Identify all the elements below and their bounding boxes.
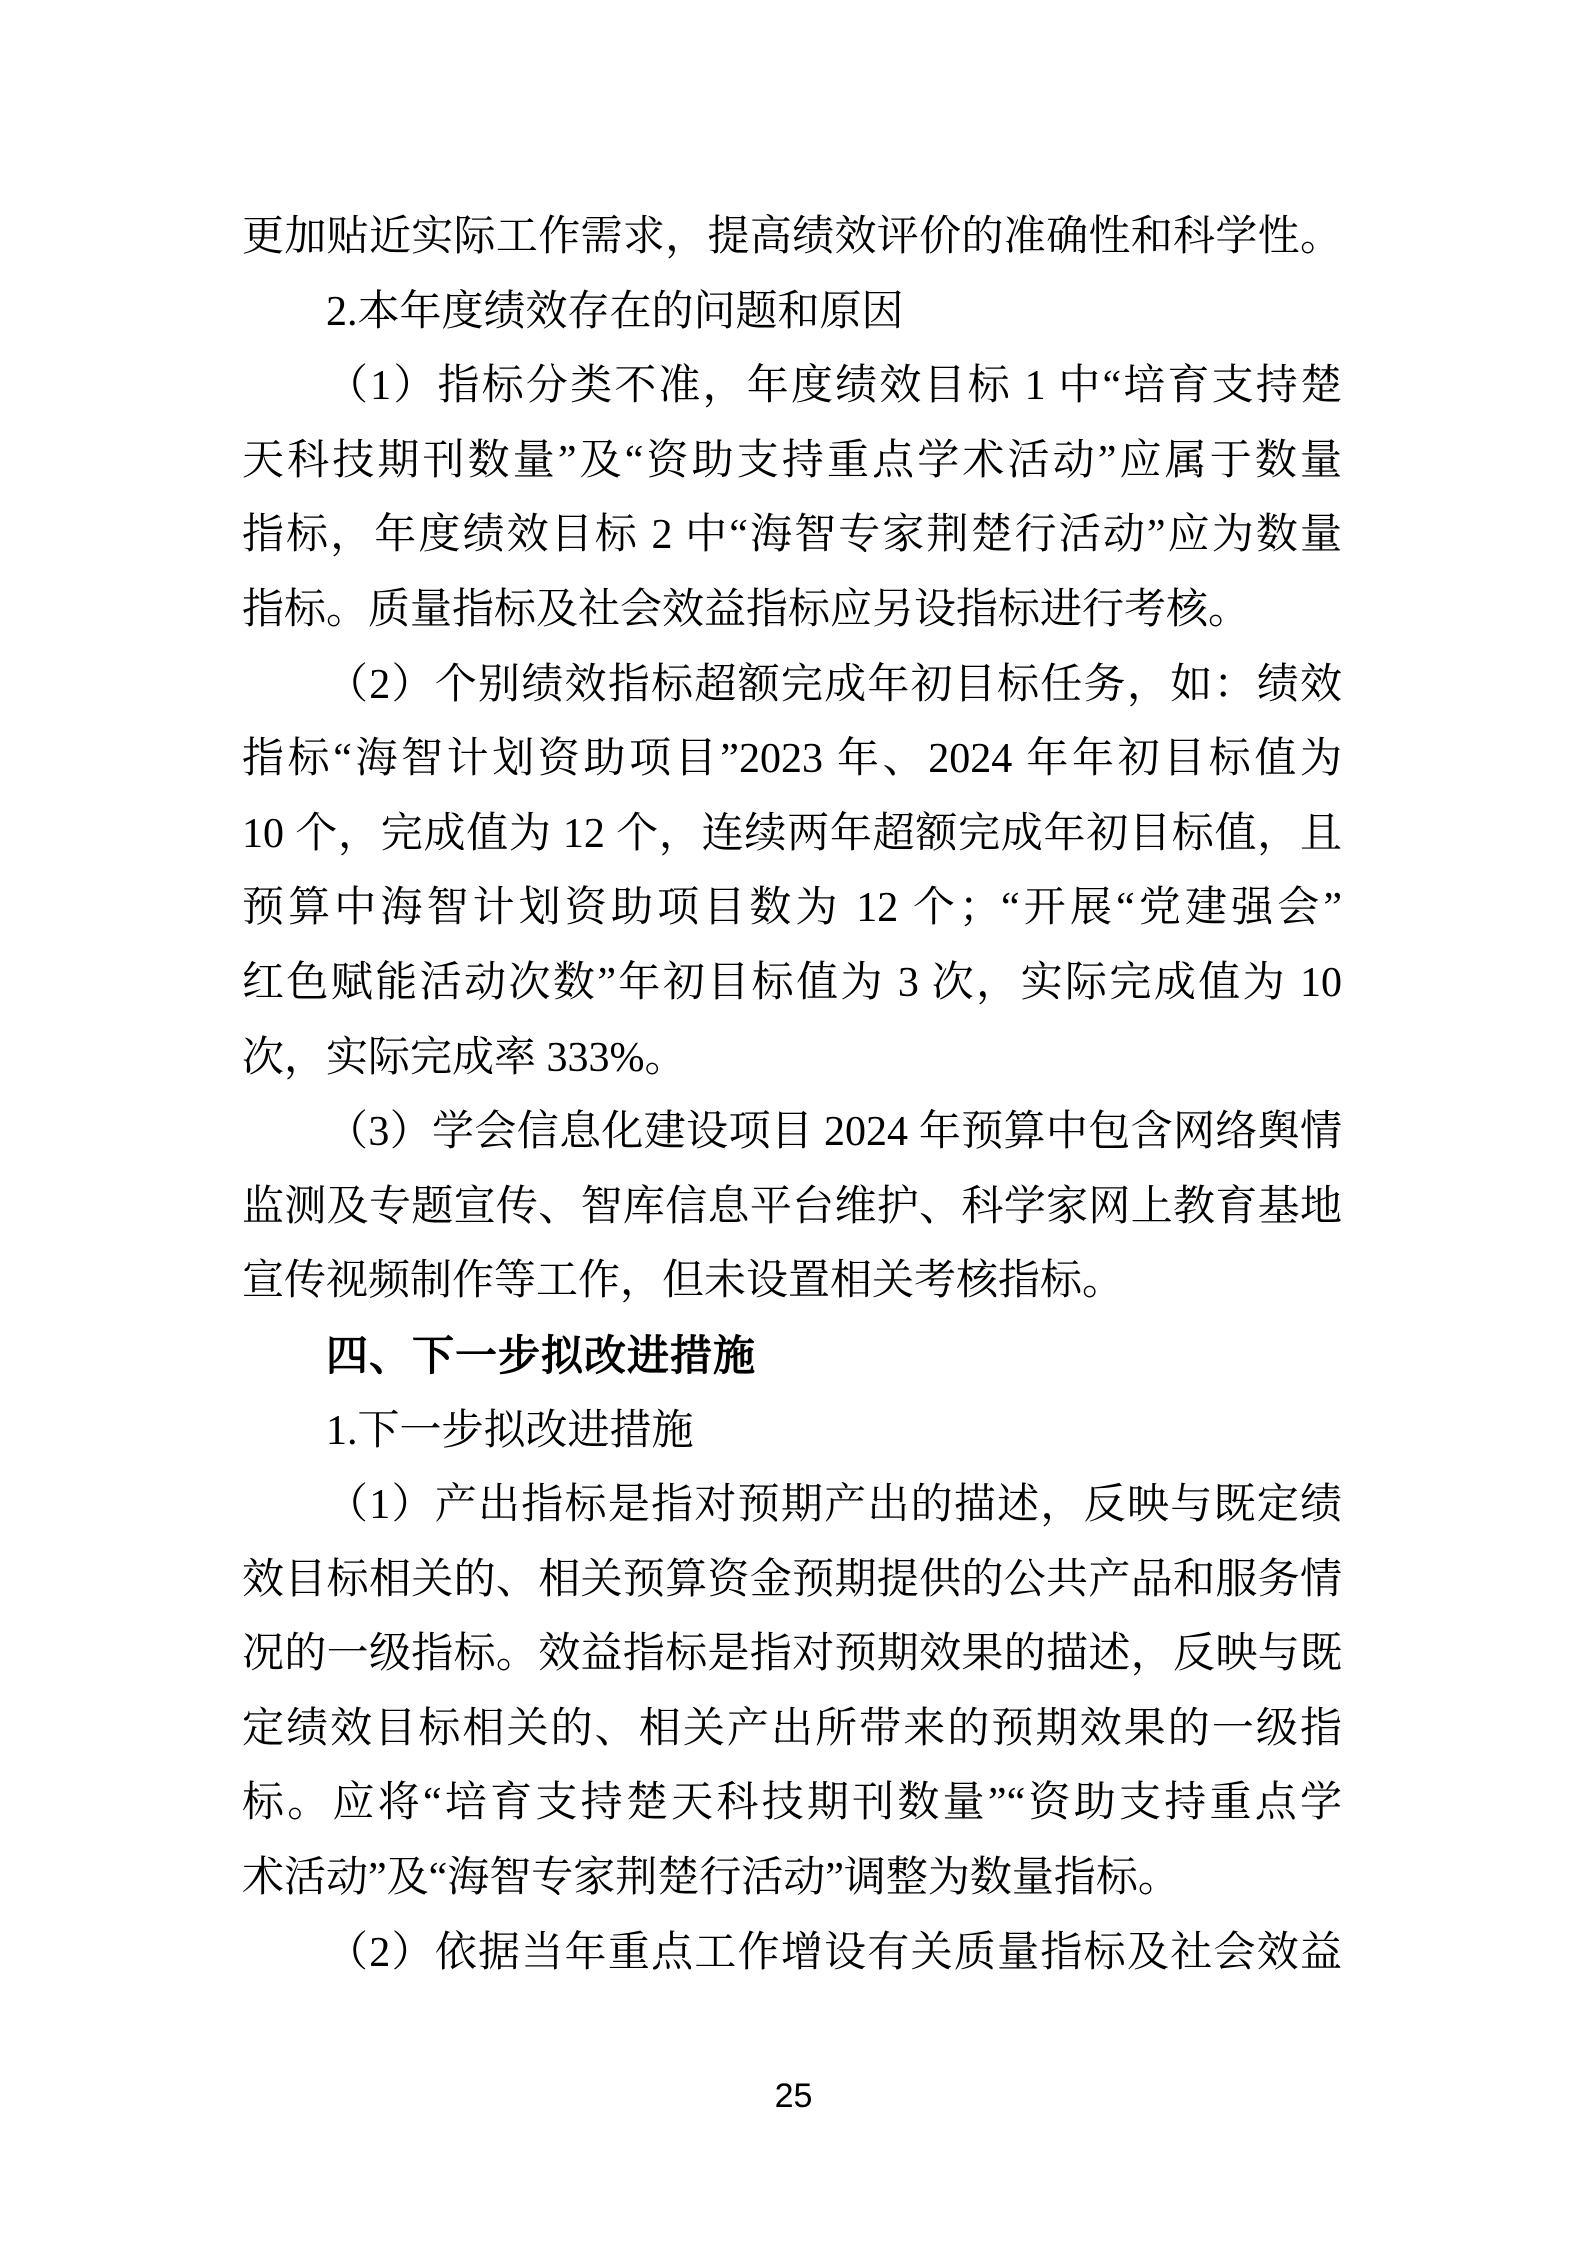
text-line: 效目标相关的、相关预算资金预期提供的公共产品和服务情 [242, 1543, 1342, 1618]
text-line: （1）产出指标是指对预期产出的描述，反映与既定绩 [242, 1468, 1342, 1543]
text-line: 指标。质量指标及社会效益指标应另设指标进行考核。 [242, 573, 1342, 648]
text-line: （2）个别绩效指标超额完成年初目标任务，如：绩效 [242, 648, 1342, 723]
text-line: 预算中海智计划资助项目数为 12 个；“开展“党建强会” [242, 871, 1342, 946]
text-line: 指标“海智计划资助项目”2023 年、2024 年年初目标值为 [242, 722, 1342, 797]
text-line: （1）指标分类不准，年度绩效目标 1 中“培育支持楚 [242, 349, 1342, 424]
body-text: 更加贴近实际工作需求，提高绩效评价的准确性和科学性。2.本年度绩效存在的问题和原… [242, 200, 1342, 1990]
text-line: 10 个，完成值为 12 个，连续两年超额完成年初目标值，且 [242, 797, 1342, 872]
page-number: 25 [0, 2076, 1587, 2116]
text-line: （2）依据当年重点工作增设有关质量指标及社会效益 [242, 1916, 1342, 1991]
text-line: 天科技期刊数量”及“资助支持重点学术活动”应属于数量 [242, 424, 1342, 499]
document-page: 更加贴近实际工作需求，提高绩效评价的准确性和科学性。2.本年度绩效存在的问题和原… [0, 0, 1587, 2245]
text-line: 红色赋能活动次数”年初目标值为 3 次，实际完成值为 10 [242, 946, 1342, 1021]
text-line: （3）学会信息化建设项目 2024 年预算中包含网络舆情 [242, 1095, 1342, 1170]
section-heading: 四、下一步拟改进措施 [242, 1319, 1342, 1394]
text-line: 1.下一步拟改进措施 [242, 1394, 1342, 1469]
text-line: 监测及专题宣传、智库信息平台维护、科学家网上教育基地 [242, 1170, 1342, 1245]
text-line: 2.本年度绩效存在的问题和原因 [242, 275, 1342, 350]
text-line: 次，实际完成率 333%。 [242, 1021, 1342, 1096]
text-line: 标。应将“培育支持楚天科技期刊数量”“资助支持重点学 [242, 1766, 1342, 1841]
text-line: 术活动”及“海智专家荆楚行活动”调整为数量指标。 [242, 1841, 1342, 1916]
text-line: 况的一级指标。效益指标是指对预期效果的描述，反映与既 [242, 1617, 1342, 1692]
text-line: 定绩效目标相关的、相关产出所带来的预期效果的一级指 [242, 1692, 1342, 1767]
text-line: 指标，年度绩效目标 2 中“海智专家荆楚行活动”应为数量 [242, 498, 1342, 573]
text-line: 宣传视频制作等工作，但未设置相关考核指标。 [242, 1244, 1342, 1319]
text-line: 更加贴近实际工作需求，提高绩效评价的准确性和科学性。 [242, 200, 1342, 275]
